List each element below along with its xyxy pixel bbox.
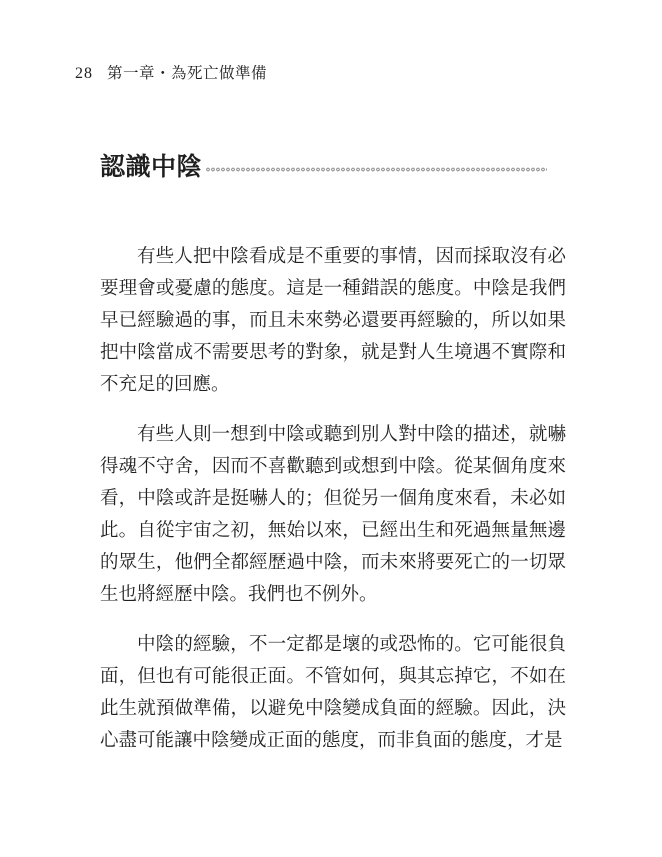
chapter-title: 第一章・為死亡做準備	[107, 66, 267, 82]
page-number: 28	[75, 66, 93, 82]
heading-rule-decoration	[205, 166, 547, 173]
book-page: 28 第一章・為死亡做準備 認識中陰 有些人把中陰看成是不重要的事情，因而採取沒…	[0, 0, 662, 857]
section-heading: 認識中陰	[100, 153, 547, 183]
body-text: 有些人把中陰看成是不重要的事情，因而採取沒有必要理會或憂慮的態度。這是一種錯誤的…	[100, 241, 566, 775]
paragraph: 中陰的經驗，不一定都是壞的或恐怖的。它可能很負面，但也有可能很正面。不管如何，與…	[100, 629, 566, 757]
paragraph: 有些人把中陰看成是不重要的事情，因而採取沒有必要理會或憂慮的態度。這是一種錯誤的…	[100, 241, 566, 401]
section-title: 認識中陰	[100, 153, 202, 183]
paragraph: 有些人則一想到中陰或聽到別人對中陰的描述，就嚇得魂不守舍，因而不喜歡聽到或想到中…	[100, 419, 566, 611]
running-header: 28 第一章・為死亡做準備	[75, 66, 267, 82]
